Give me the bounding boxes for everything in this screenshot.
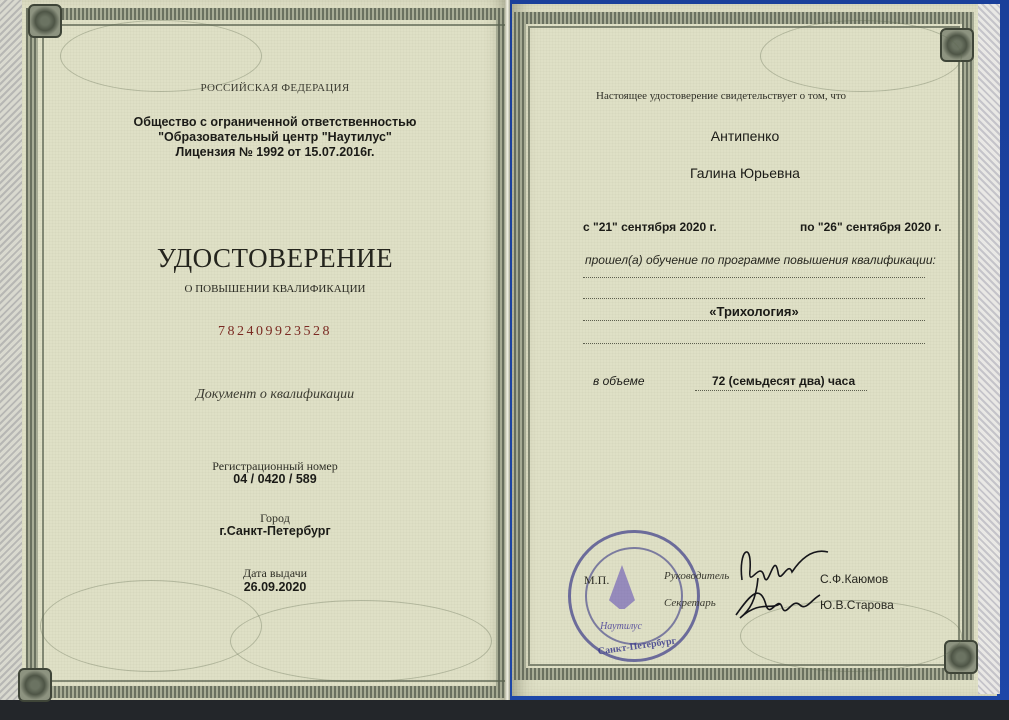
background-surface [0,700,1009,720]
program-name: «Трихология» [583,304,925,319]
registration-number: 04 / 0420 / 589 [40,472,510,486]
book-spine-thread [505,0,510,700]
director-name: С.Ф.Каюмов [820,572,888,586]
dotted-line [695,390,867,391]
issue-date-label: Дата выдачи [40,566,510,581]
organization-name-line1: Общество с ограниченной ответственностью [40,115,510,129]
corner-ornament-icon [28,4,62,38]
issue-date: 26.09.2020 [40,580,510,594]
holder-surname: Антипенко [540,128,950,144]
dotted-line [583,298,925,299]
guilloche-pattern [760,20,962,92]
serial-number: 782409923528 [40,324,510,340]
right-page-edge [978,4,1000,694]
guilloche-pattern [230,600,492,682]
dotted-line [583,277,925,278]
document-subtitle: О ПОВЫШЕНИИ КВАЛИФИКАЦИИ [40,283,510,295]
secretary-signature-icon [730,575,830,635]
dotted-line [583,320,925,321]
volume-label: в объеме [593,374,645,388]
secretary-name: Ю.В.Старова [820,598,894,612]
volume-value: 72 (семьдесят два) часа [712,374,855,388]
holder-given-names: Галина Юрьевна [540,165,950,181]
director-label: Руководитель [664,570,729,582]
program-intro: прошел(а) обучение по программе повышени… [585,253,936,267]
license-line: Лицензия № 1992 от 15.07.2016г. [40,145,510,159]
city-value: г.Санкт-Петербург [40,524,510,538]
corner-ornament-icon [18,668,52,702]
organization-name-line2: "Образовательный центр "Наутилус" [40,130,510,144]
organization-stamp: Наутилус Санкт-Петербург [568,530,700,662]
document-type: Документ о квалификации [40,387,510,403]
training-date-to: по "26" сентября 2020 г. [800,220,942,234]
dotted-line [583,343,925,344]
seal-place-label: М.П. [584,573,609,588]
left-page-edge [0,0,22,700]
training-date-from: с "21" сентября 2020 г. [583,220,717,234]
secretary-label: Секретарь [664,597,716,609]
country-label: РОССИЙСКАЯ ФЕДЕРАЦИЯ [40,82,510,94]
document-title: УДОСТОВЕРЕНИЕ [40,243,510,274]
stamp-org-name: Наутилус [591,621,651,632]
certificate-intro: Настоящее удостоверение свидетельствует … [596,90,846,102]
